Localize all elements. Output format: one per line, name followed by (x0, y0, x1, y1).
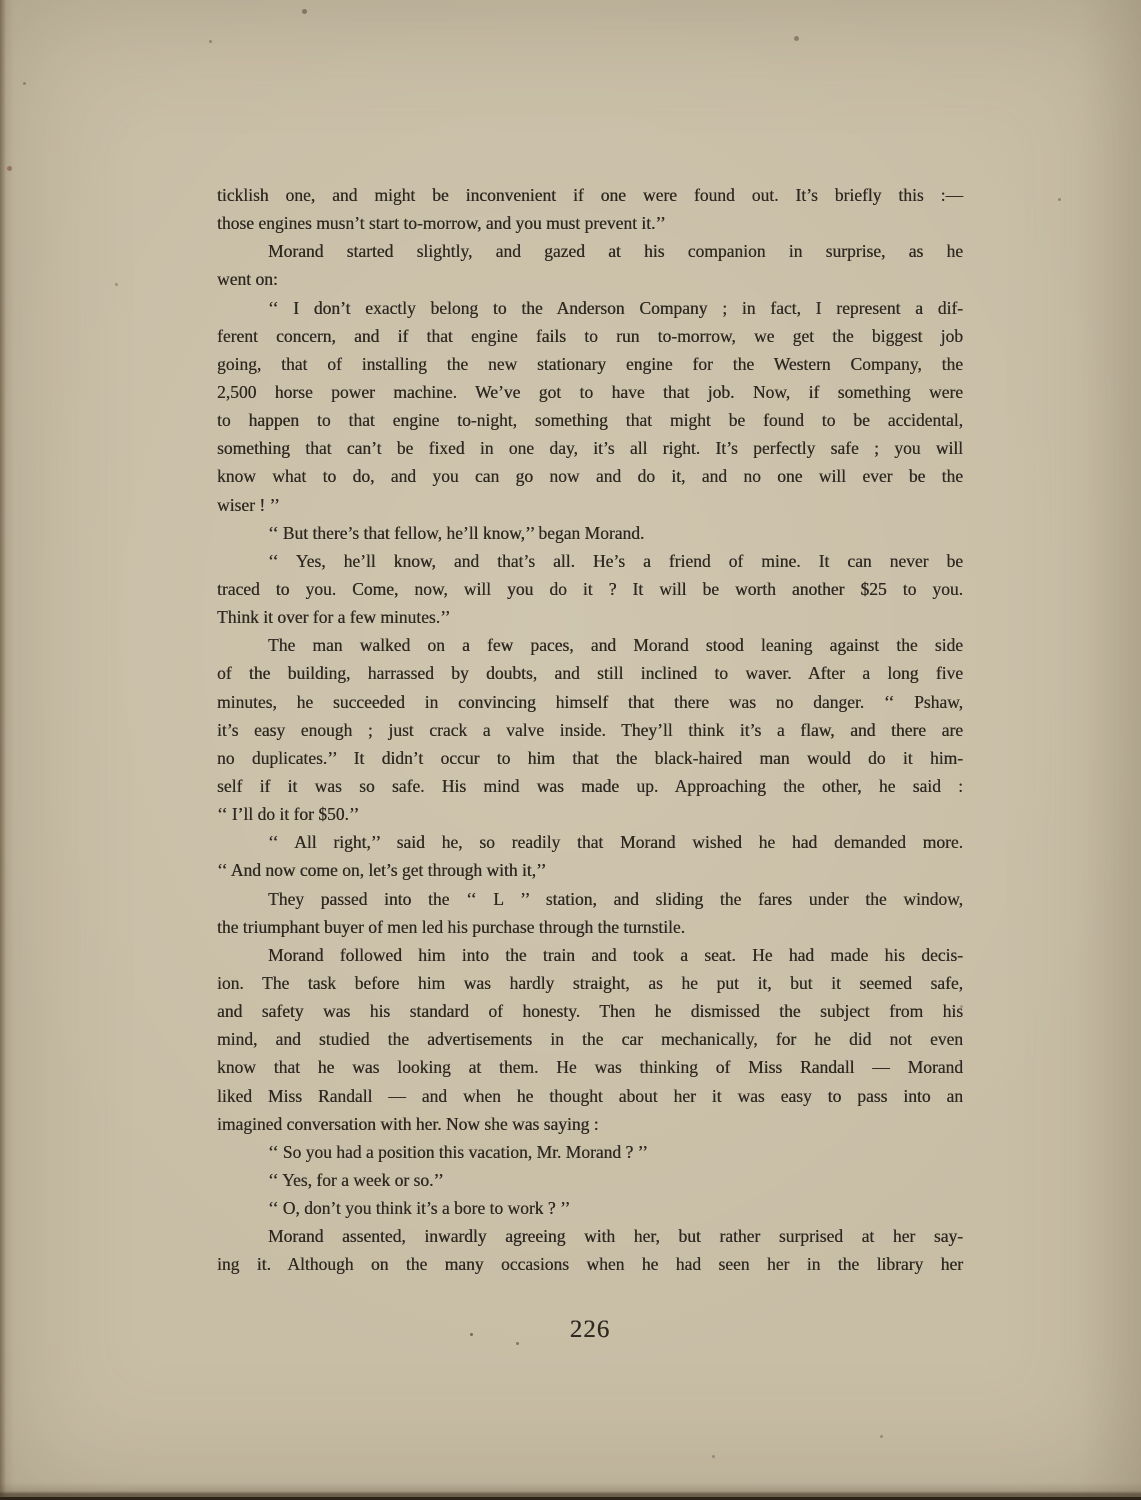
text-line: ‘‘ I’ll do it for $50.’’ (217, 800, 963, 828)
text-line: know that he was looking at them. He was… (217, 1053, 963, 1081)
text-line: know what to do, and you can go now and … (217, 462, 963, 490)
text-line: those engines musn’t start to-morrow, an… (217, 209, 963, 237)
text-line: to happen to that engine to-night, somet… (217, 406, 963, 434)
text-line: ion. The task before him was hardly stra… (217, 969, 963, 997)
text-line: Morand started slightly, and gazed at hi… (217, 237, 963, 265)
text-line: ‘‘ O, don’t you think it’s a bore to wor… (217, 1194, 963, 1222)
text-line: ‘‘ I don’t exactly belong to the Anderso… (217, 294, 963, 322)
text-block: ticklish one, and might be inconvenient … (217, 181, 963, 1278)
text-line: imagined conversation with her. Now she … (217, 1110, 963, 1138)
text-line: Morand followed him into the train and t… (217, 941, 963, 969)
text-line: Morand assented, inwardly agreeing with … (217, 1222, 963, 1250)
text-line: ing it. Although on the many occasions w… (217, 1250, 963, 1278)
text-line: mind, and studied the advertisements in … (217, 1025, 963, 1053)
text-line: ‘‘ Yes, he’ll know, and that’s all. He’s… (217, 547, 963, 575)
text-line: something that can’t be fixed in one day… (217, 434, 963, 462)
text-line: ticklish one, and might be inconvenient … (217, 181, 963, 209)
text-line: ‘‘ Yes, for a week or so.’’ (217, 1166, 963, 1194)
text-line: liked Miss Randall — and when he thought… (217, 1082, 963, 1110)
text-line: They passed into the ‘‘ L ’’ station, an… (217, 885, 963, 913)
text-line: self if it was so safe. His mind was mad… (217, 772, 963, 800)
text-line: wiser ! ’’ (217, 491, 963, 519)
text-line: ‘‘ All right,’’ said he, so readily that… (217, 828, 963, 856)
scan-edge-left (0, 0, 6, 1500)
text-line: traced to you. Come, now, will you do it… (217, 575, 963, 603)
book-page: ticklish one, and might be inconvenient … (0, 0, 1141, 1500)
text-line: ferent concern, and if that engine fails… (217, 322, 963, 350)
text-line: went on: (217, 265, 963, 293)
text-line: ‘‘ So you had a position this vacation, … (217, 1138, 963, 1166)
text-line: and safety was his standard of honesty. … (217, 997, 963, 1025)
text-line: Think it over for a few minutes.’’ (217, 603, 963, 631)
text-line: minutes, he succeeded in convincing hims… (217, 688, 963, 716)
text-line: the triumphant buyer of men led his purc… (217, 913, 963, 941)
scan-edge-bottom (0, 1491, 1141, 1500)
text-line: ‘‘ But there’s that fellow, he’ll know,’… (217, 519, 963, 547)
text-line: 2,500 horse power machine. We’ve got to … (217, 378, 963, 406)
text-line: ‘‘ And now come on, let’s get through wi… (217, 856, 963, 884)
text-line: going, that of installing the new statio… (217, 350, 963, 378)
text-line: it’s easy enough ; just crack a valve in… (217, 716, 963, 744)
page-number: 226 (217, 1316, 963, 1344)
paper-specks (0, 0, 3, 3)
text-line: The man walked on a few paces, and Moran… (217, 631, 963, 659)
text-line: of the building, harrassed by doubts, an… (217, 659, 963, 687)
text-line: no duplicates.’’ It didn’t occur to him … (217, 744, 963, 772)
